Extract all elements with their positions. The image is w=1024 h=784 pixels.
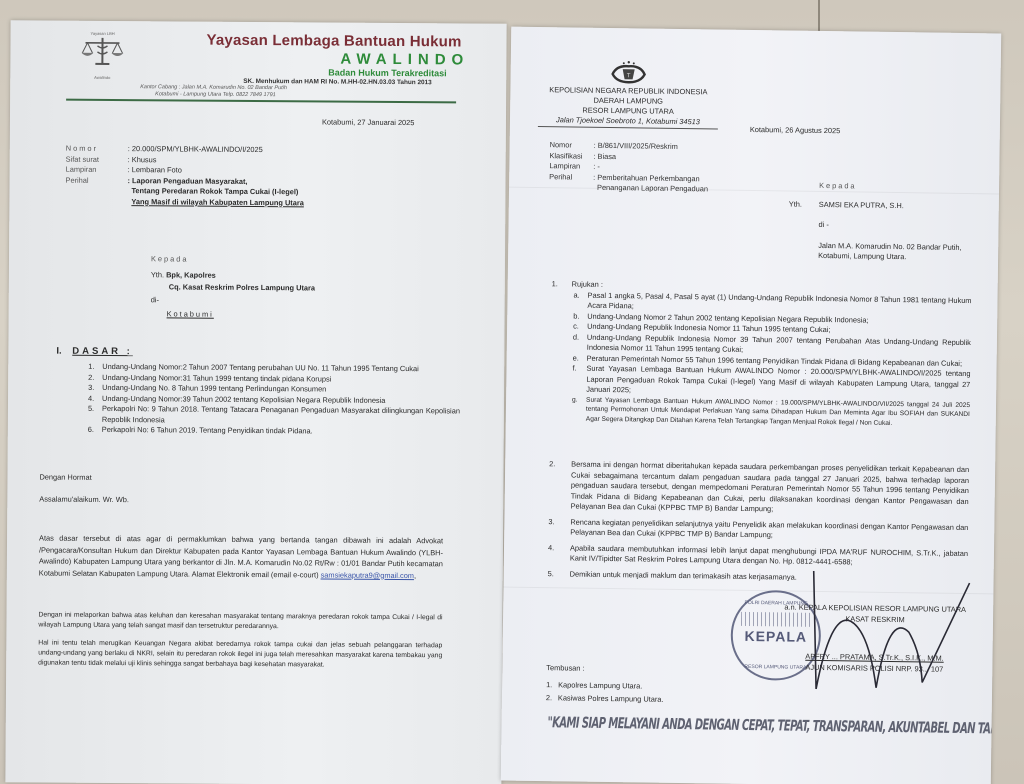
recipient-block: Kepada Yth.SAMSI EKA PUTRA, S.H. di - Ja… [788,181,999,264]
tembusan-item: 1.Kapolres Lampung Utara. [546,680,664,692]
salam: Assalamu'alaikum. Wr. Wb. [39,494,129,505]
rujukan-list: a.Pasal 1 angka 5, Pasal 4, Pasal 5 ayat… [572,290,972,429]
polres-lampung-utara-letter: T KEPOLISIAN NEGARA REPUBLIK INDONESIA D… [501,27,1001,784]
letterhead-title: Yayasan Lembaga Bantuan Hukum [206,32,461,51]
police-motto: "KAMI SIAP MELAYANI ANDA DENGAN CEPAT, T… [547,715,1001,739]
recipient-name: Bpk, Kapolres [166,270,216,279]
tembusan-item: 2.Kasiwas Polres Lampung Utara. [546,693,664,705]
letterhead-logo: Yayasan LBH Awalindo [72,31,132,80]
email-link[interactable]: samsiekaputra9@gmail.com [321,570,414,580]
point-1-rujukan: 1.Rujukan : a.Pasal 1 angka 5, Pasal 4, … [550,279,972,429]
point-item: 3.Rencana kegiatan penyelidikan selanjut… [548,517,968,544]
body-paragraph-2: Dengan ini melaporkan bahwa atas keluhan… [38,610,442,633]
ylbh-awalindo-letter: Yayasan LBH Awalindo Yayasan Lembaga Ban… [5,20,506,784]
tembusan-block: Tembusan : 1.Kapolres Lampung Utara. 2.K… [546,663,664,705]
recipient-block: Kepada Yth. Bpk, Kapolres Cq. Kasat Resk… [151,254,316,321]
police-letterhead: KEPOLISIAN NEGARA REPUBLIK INDONESIA DAE… [538,85,719,130]
svg-text:T: T [627,73,631,79]
points-list: 2.Bersama ini dengan hormat diberitahuka… [548,459,970,585]
handwritten-signature [772,570,974,693]
dasar-list: 1.Undang-Undang Nomor:2 Tahun 2007 Tenta… [88,362,461,438]
dasar-item: 5.Perkapolri No: 9 Tahun 2018. Tentang T… [88,404,460,428]
body-paragraph-1: Atas dasar tersebut di atas agar di perm… [39,532,443,581]
letter-meta: Nomor: B/861/VIII/2025/Reskrim Klasifika… [549,140,709,195]
place-date: Kotabumi, 27 Januarai 2025 [322,117,415,128]
letterhead-subtitle: Badan Hukum Terakreditasi [328,67,446,78]
greeting: Dengan Hormat [39,472,91,483]
letterhead-address-1: Kantor Cabang : Jalan M.A. Komarudin No.… [140,84,287,91]
point-item: 4.Apabila saudara membutuhkan informasi … [548,543,968,570]
dasar-heading: I. DASAR : [56,346,133,358]
letterhead-brand: AWALINDO [340,51,469,69]
body-paragraph-3: Hal ini tentu telah merugikan Keuangan N… [38,638,442,671]
letter-meta: Nomor: 20.000/SPM/YLBHK-AWALINDO/I/2025 … [65,144,304,209]
letterhead-address-2: Kotabumi - Lampung Utara Telp. 0822 7849… [155,91,276,98]
place-date: Kotabumi, 26 Agustus 2025 [750,125,841,137]
point-item: 2.Bersama ini dengan hormat diberitahuka… [549,459,970,517]
letterhead-divider [66,99,456,104]
rujukan-item: g.Surat Yayasan Lembaga Bantuan Hukum AW… [572,395,970,429]
scales-of-justice-icon [79,36,125,66]
police-crest-icon: T [608,60,648,85]
recipient-name: SAMSI EKA PUTRA, S.H. [819,199,904,211]
